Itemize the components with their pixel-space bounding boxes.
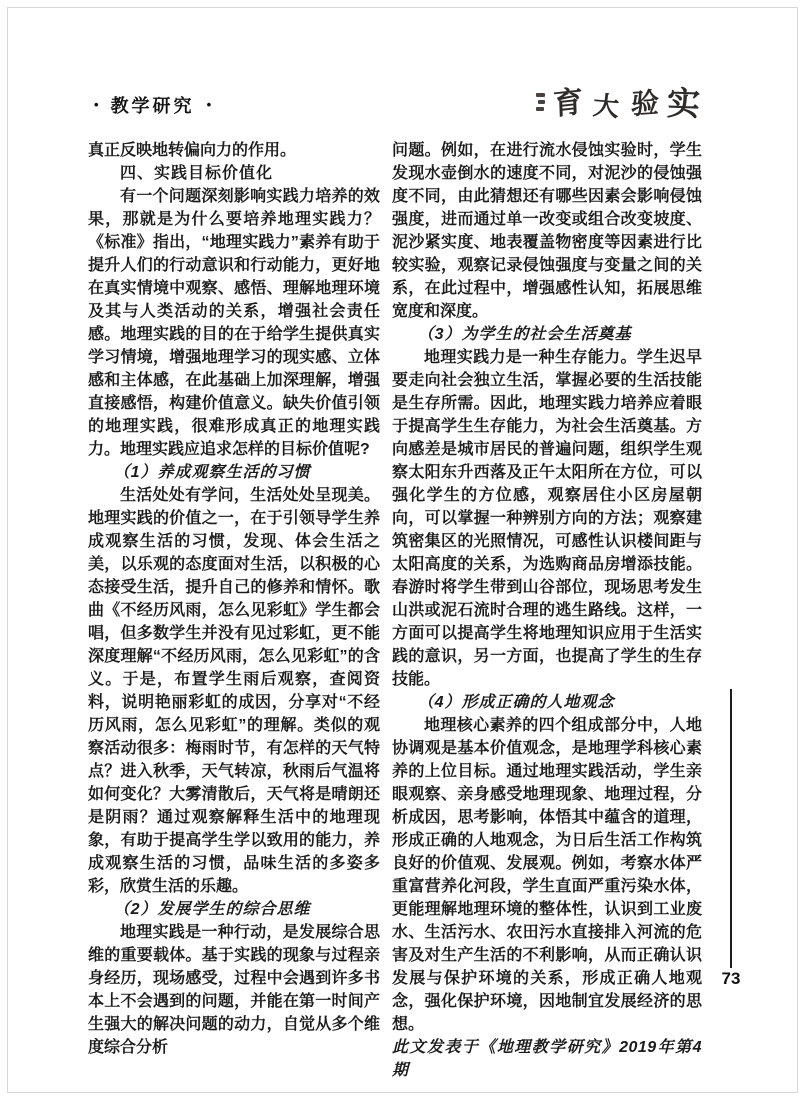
paragraph: 地理实践力是一种生存能力。学生迟早要走向社会独立生活，掌握必要的生活技能是生存所… (392, 346, 702, 691)
subsection-heading: （4）形成正确的人地观念 (392, 691, 702, 714)
left-column: 真正反映地转偏向力的作用。 四、实践目标价值化 有一个问题深刻影响实践力培养的效… (88, 139, 380, 1059)
bullet-icon: • (94, 97, 99, 112)
paragraph: 地理核心素养的四个组成部分中，人地协调观是基本价值观念，是地理学科核心素养的上位… (392, 714, 702, 1036)
section-header: • 教学研究 • (94, 92, 211, 118)
journal-page: • 教学研究 • 育 大 验 实 真正反映地转偏向力的作用。 四、实践目标价值化… (0, 0, 805, 1100)
subsection-heading: （2）发展学生的综合思维 (88, 898, 380, 921)
bullet-icon: • (207, 97, 212, 112)
paragraph: 生活处处有学问，生活处处呈现美。地理实践的价值之一，在于引领导学生养成观察生活的… (88, 484, 380, 898)
paragraph: 地理实践是一种行动，是发展综合思维的重要载体。基于实践的现象与过程亲身经历，现场… (88, 921, 380, 1059)
subsection-heading: （3）为学生的社会生活奠基 (392, 323, 702, 346)
logo-signature-marks (536, 93, 545, 111)
paragraph: 有一个问题深刻影响实践力培养的效果，那就是为什么要培养地理实践力？《标准》指出，… (88, 185, 380, 461)
paragraph: 问题。例如，在进行流水侵蚀实验时，学生发现水壶倒水的速度不同，对泥沙的侵蚀强度不… (392, 139, 702, 323)
logo-glyph: 实 (666, 86, 700, 120)
logo-glyph: 育 (553, 87, 584, 120)
section-heading: 四、实践目标价值化 (88, 162, 380, 185)
logo-glyph: 大 (592, 92, 620, 120)
right-column: 问题。例如，在进行流水侵蚀实验时，学生发现水壶倒水的速度不同，对泥沙的侵蚀强度不… (392, 139, 702, 1082)
logo-glyph: 验 (631, 89, 660, 119)
paragraph: 真正反映地转偏向力的作用。 (88, 139, 380, 162)
subsection-heading: （1）养成观察生活的习惯 (88, 461, 380, 484)
page-number-rule (730, 689, 732, 968)
page-number: 73 (714, 969, 748, 989)
publication-attribution: 此文发表于《地理教学研究》2019年第4期 (392, 1036, 702, 1082)
journal-calligraphy-logo: 育 大 验 实 (536, 78, 711, 130)
section-label: 教学研究 (111, 92, 195, 118)
